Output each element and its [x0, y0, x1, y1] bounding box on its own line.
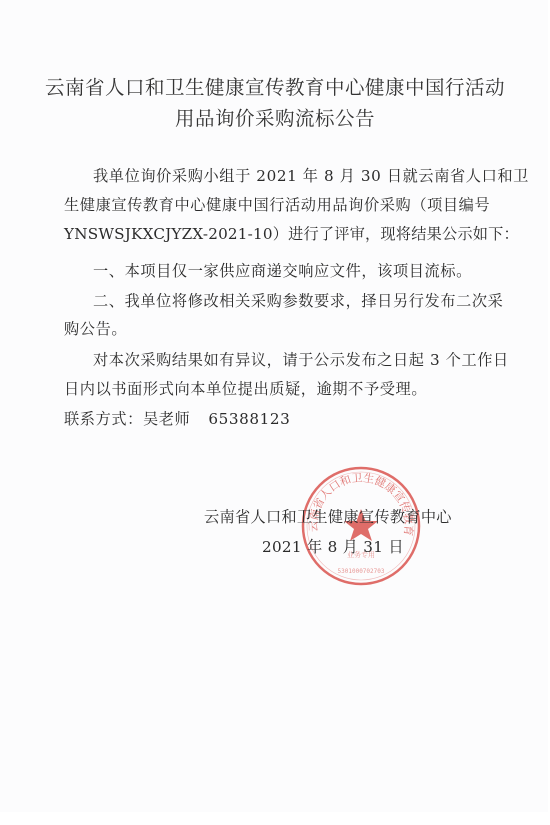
signature-organization: 云南省人口和卫生健康宣传教育中心: [204, 506, 452, 527]
item2-line1: 二、我单位将修改相关采购参数要求，择日另行发布二次采: [93, 290, 503, 311]
contact-phone: 65388123: [208, 410, 290, 428]
signature-date: 2021 年 8 月 31 日: [262, 536, 404, 557]
paragraph1-line2: 生健康宣传教育中心健康中国行活动用品询价采购（项目编号: [64, 194, 490, 215]
paragraph1-line1: 我单位询价采购小组于 2021 年 8 月 30 日就云南省人口和卫: [93, 165, 529, 186]
item1-line: 一、本项目仅一家供应商递交响应文件，该项目流标。: [93, 260, 472, 281]
contact-line: 联系方式：吴老师65388123: [64, 408, 290, 429]
document-title-line1: 云南省人口和卫生健康宣传教育中心健康中国行活动: [0, 72, 550, 100]
contact-label: 联系方式：: [64, 410, 143, 428]
paragraph2-line2: 日内以书面形式向本单位提出质疑，逾期不予受理。: [64, 378, 427, 399]
paragraph2-line1: 对本次采购结果如有异议，请于公示发布之日起 3 个工作日: [93, 349, 509, 370]
document-page: 云南省人口和卫生健康宣传教育中心健康中国行活动 用品询价采购流标公告 我单位询价…: [0, 0, 548, 812]
paragraph1-line3: YNSWSJKXCJYZX-2021-10）进行了评审，现将结果公示如下：: [64, 223, 519, 244]
svg-text:5301000702703: 5301000702703: [338, 568, 385, 575]
document-title-line2: 用品询价采购流标公告: [0, 103, 550, 131]
item2-line2: 购公告。: [64, 318, 127, 339]
contact-person: 吴老师: [143, 410, 190, 428]
